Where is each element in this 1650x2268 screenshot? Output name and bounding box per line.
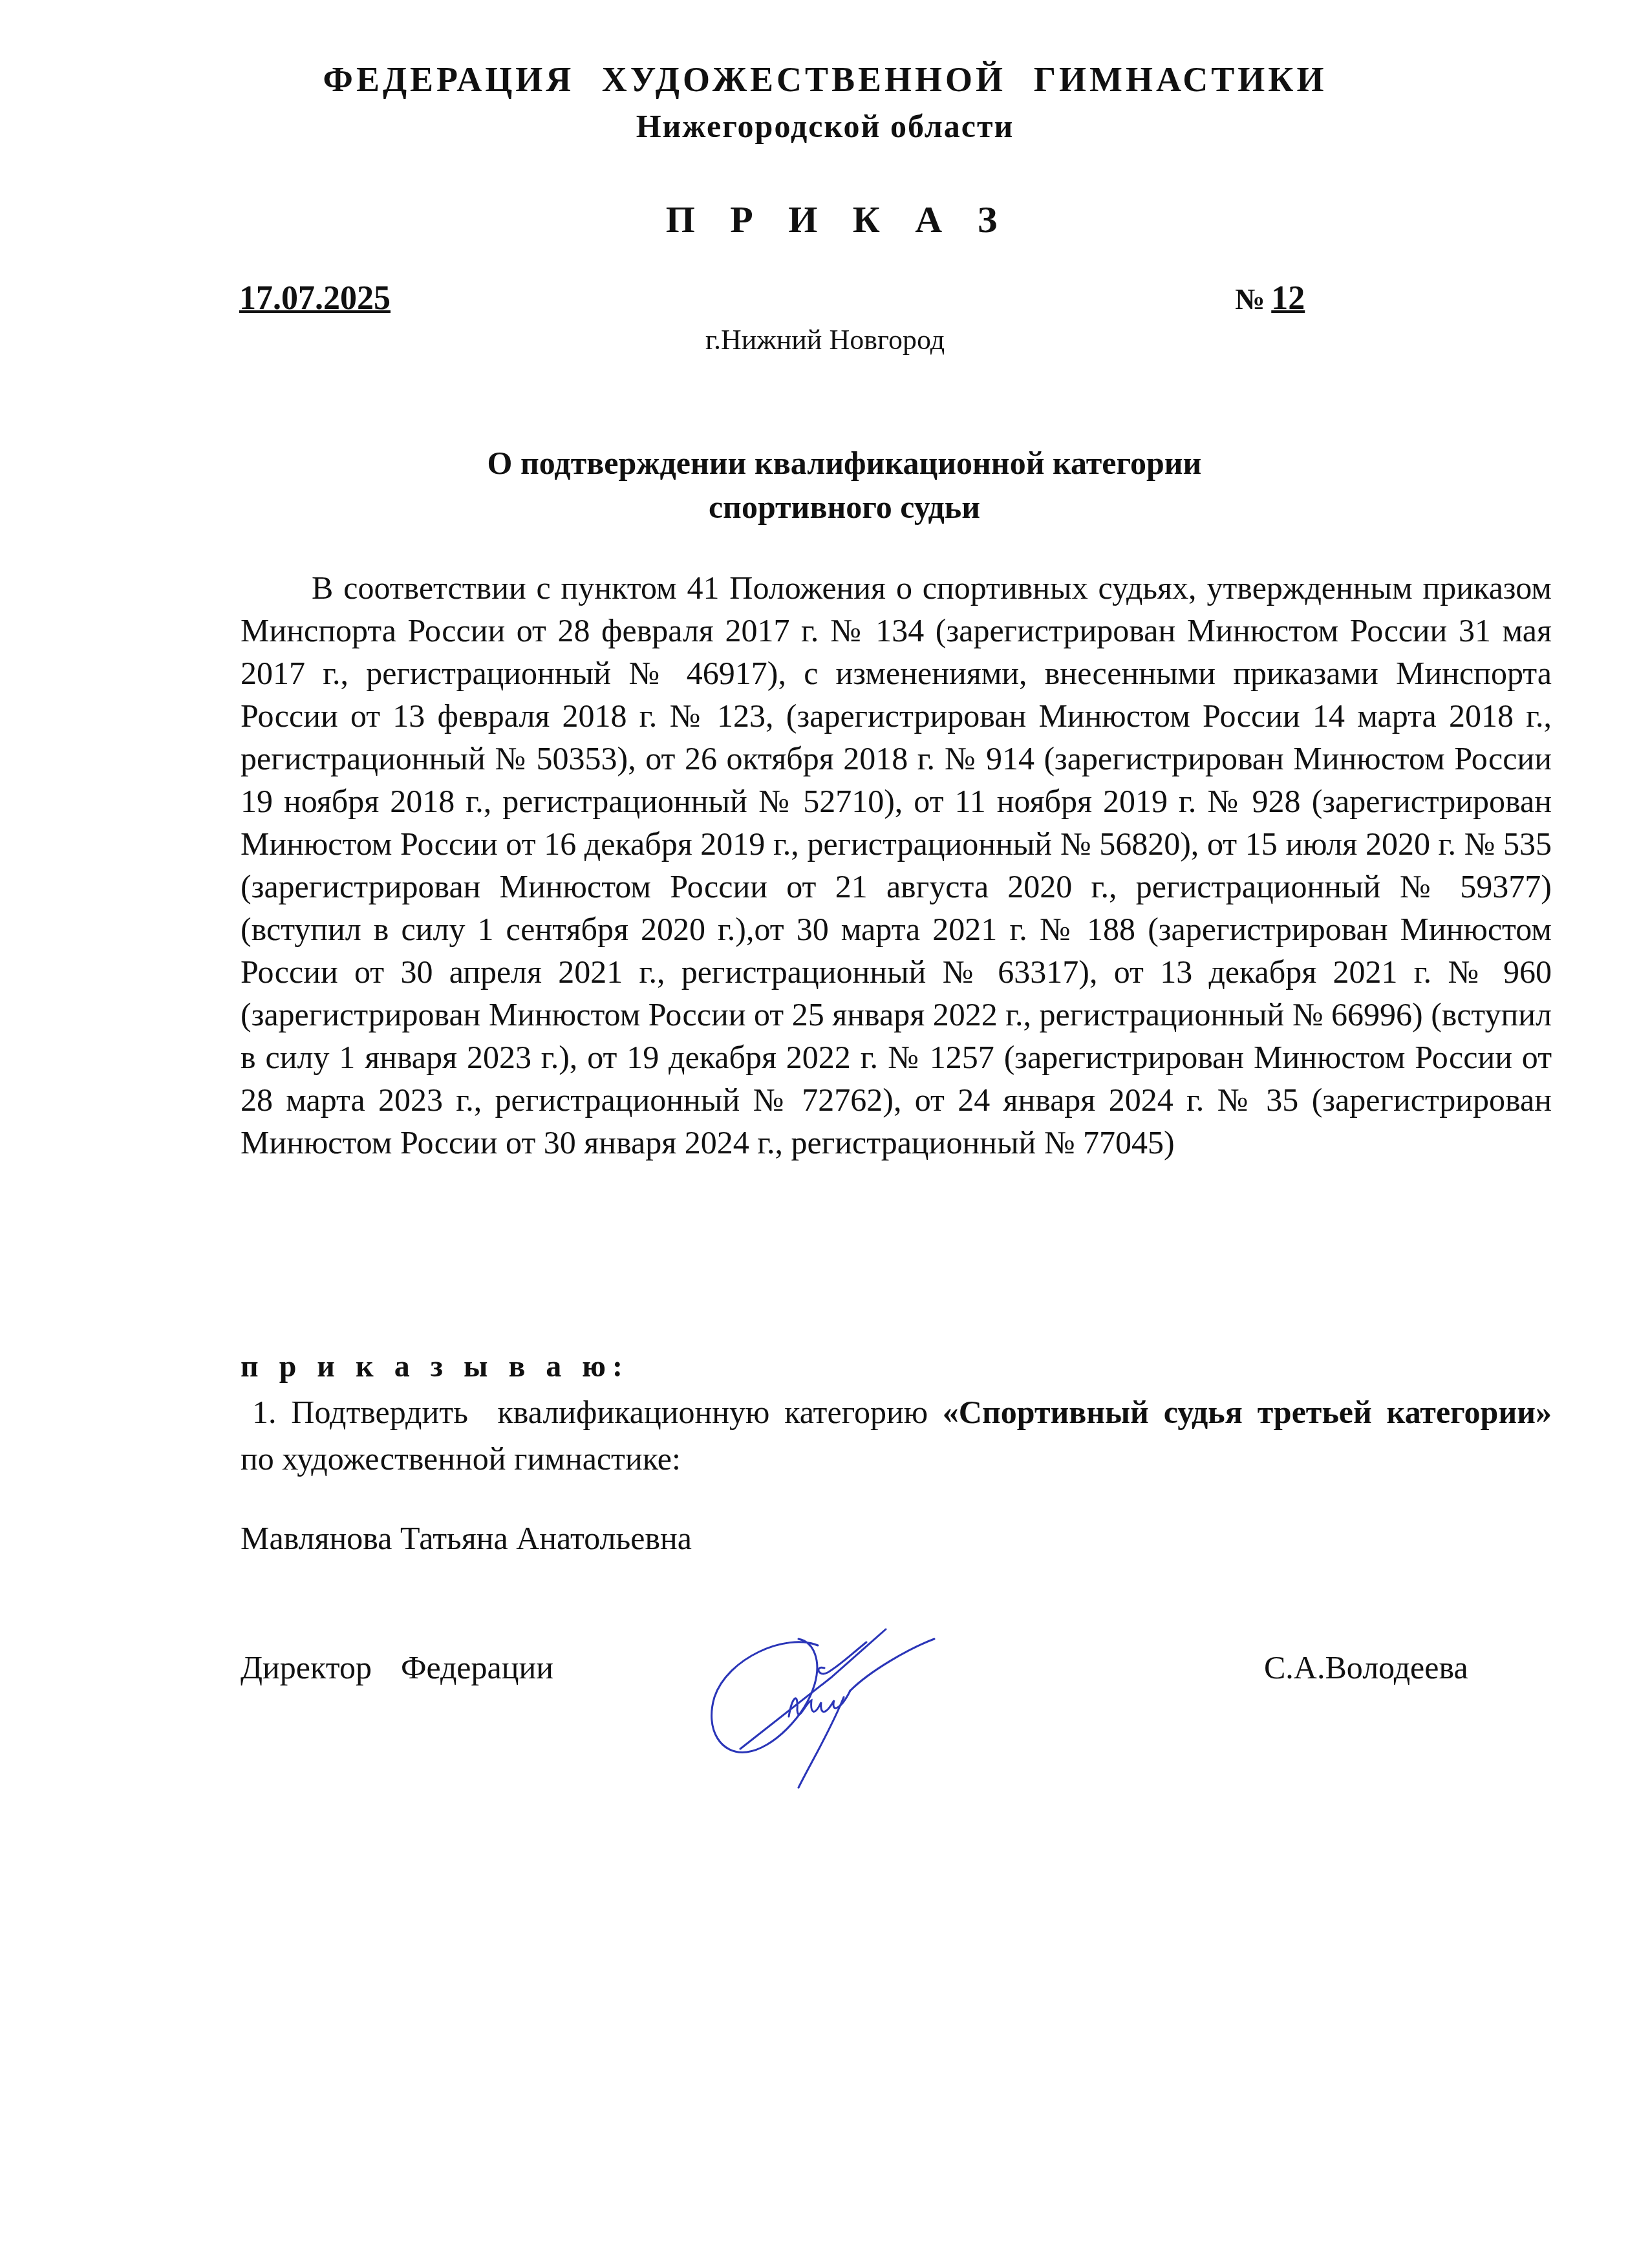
document-date: 17.07.2025 <box>239 279 391 317</box>
person-name: Мавлянова Татьяна Анатольевна <box>241 1519 692 1557</box>
document-type-heading: П Р И К А З <box>0 198 1650 241</box>
document-page: ФЕДЕРАЦИЯ ХУДОЖЕСТВЕННОЙ ГИМНАСТИКИ Ниже… <box>0 0 1650 2268</box>
number-value: 12 <box>1265 280 1305 317</box>
organization-title: ФЕДЕРАЦИЯ ХУДОЖЕСТВЕННОЙ ГИМНАСТИКИ <box>0 59 1650 100</box>
signatory-name: С.А.Володеева <box>1264 1649 1468 1686</box>
signatory-role: Директор Федерации <box>241 1649 553 1686</box>
document-subject: О подтверждении квалификационной категор… <box>0 441 1650 529</box>
number-sign: № <box>1235 283 1265 316</box>
order-item-category: «Спортивный судья третьей категории» <box>943 1394 1552 1430</box>
subject-line-2: спортивного судьи <box>39 485 1650 529</box>
order-keyword: п р и к а з ы в а ю: <box>241 1349 629 1384</box>
subject-line-1: О подтверждении квалификационной категор… <box>39 441 1650 485</box>
handwritten-signature-icon <box>702 1626 960 1794</box>
organization-region: Нижегородской области <box>0 107 1650 145</box>
order-item-prefix: 1. Подтвердить квалификационную категори… <box>241 1394 943 1430</box>
document-city: г.Нижний Новгород <box>0 323 1650 356</box>
document-number: №12 <box>1235 279 1305 317</box>
order-item-1: 1. Подтвердить квалификационную категори… <box>241 1389 1552 1482</box>
preamble-paragraph: В соответствии с пунктом 41 Положения о … <box>241 566 1552 1164</box>
